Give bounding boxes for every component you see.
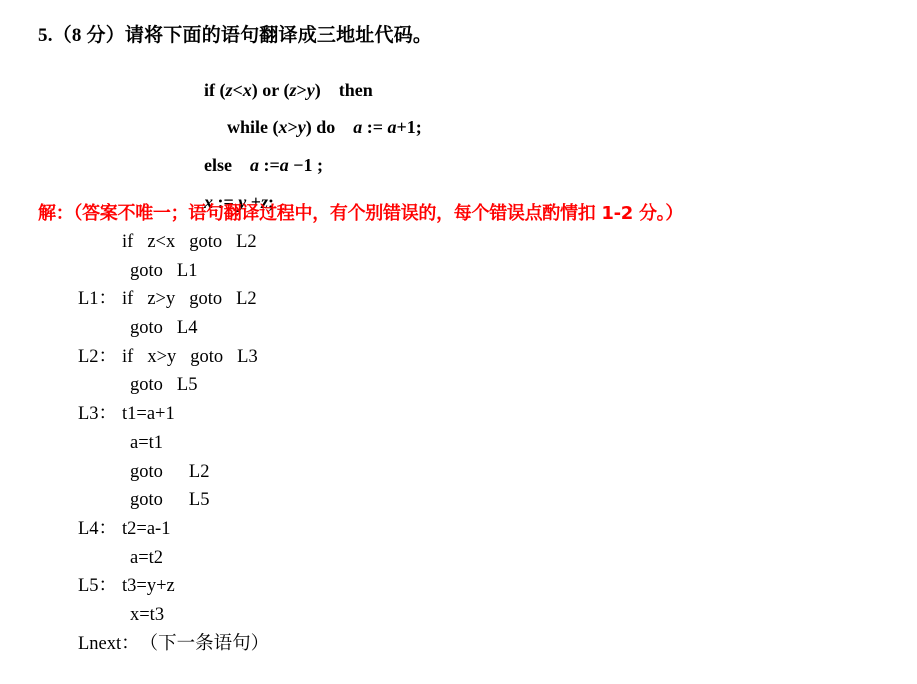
code-label: L2： [78, 343, 122, 372]
code-line: a=t1 [78, 429, 269, 458]
code-line: gotoL5 [78, 371, 269, 400]
code-token: a=t1 [130, 429, 163, 458]
code-token: L4 [177, 314, 198, 343]
code-label: L4： [78, 515, 122, 544]
code-token: goto [189, 285, 222, 314]
code-token: L2 [189, 458, 210, 487]
code-token: goto [130, 314, 163, 343]
code-line: L1：ifz>ygotoL2 [78, 285, 269, 314]
code-line: L5：t3=y+z [78, 572, 269, 601]
code-token: L5 [189, 486, 210, 515]
code-line: x=t3 [78, 601, 269, 630]
code-token: L3 [237, 343, 258, 372]
answer-note: 解：（答案不唯一；语句翻译过程中，有个别错误的，每个错误点酌情扣 1-2 分。） [38, 199, 683, 225]
code-token: goto [190, 343, 223, 372]
three-address-code: ifz<xgotoL2gotoL1L1：ifz>ygotoL2gotoL4L2：… [78, 228, 269, 658]
code-token: L1 [177, 257, 198, 286]
code-line: L2：ifx>ygotoL3 [78, 343, 269, 372]
code-line: ifz<xgotoL2 [78, 228, 269, 257]
code-line: Lnext：（下一条语句） [78, 630, 269, 659]
code-token: if [122, 343, 133, 372]
code-label: L3： [78, 400, 122, 429]
code-label: L1： [78, 285, 122, 314]
code-token: t2=a-1 [122, 515, 170, 544]
code-label: L5： [78, 572, 122, 601]
code-token: x>y [147, 343, 176, 372]
code-line: gotoL2 [78, 458, 269, 487]
code-line: L4：t2=a-1 [78, 515, 269, 544]
code-line: L3：t1=a+1 [78, 400, 269, 429]
code-token: a=t2 [130, 544, 163, 573]
code-token: t1=a+1 [122, 400, 175, 429]
code-token: goto [130, 458, 163, 487]
code-token: goto [189, 228, 222, 257]
code-token: if [122, 228, 133, 257]
code-token: （下一条语句） [140, 630, 270, 659]
code-token: x=t3 [130, 601, 164, 630]
code-token: goto [130, 257, 163, 286]
code-token: if [122, 285, 133, 314]
code-token: L5 [177, 371, 198, 400]
code-label: Lnext： [78, 630, 140, 659]
code-token: goto [130, 371, 163, 400]
code-token: t3=y+z [122, 572, 175, 601]
source-line-3: else a :=a −1 ; [195, 134, 323, 176]
code-token: L2 [236, 228, 257, 257]
source-line-2: while (x>y) do a := a+1; [218, 96, 422, 138]
question-title: 5.（8 分）请将下面的语句翻译成三地址代码。 [38, 20, 432, 47]
source-line-1: if (z<x) or (z>y) then [195, 59, 373, 101]
code-line: gotoL1 [78, 257, 269, 286]
code-token: z<x [147, 228, 175, 257]
code-token: z>y [147, 285, 175, 314]
code-token: L2 [236, 285, 257, 314]
code-line: gotoL5 [78, 486, 269, 515]
code-line: a=t2 [78, 544, 269, 573]
code-line: gotoL4 [78, 314, 269, 343]
code-token: goto [130, 486, 163, 515]
